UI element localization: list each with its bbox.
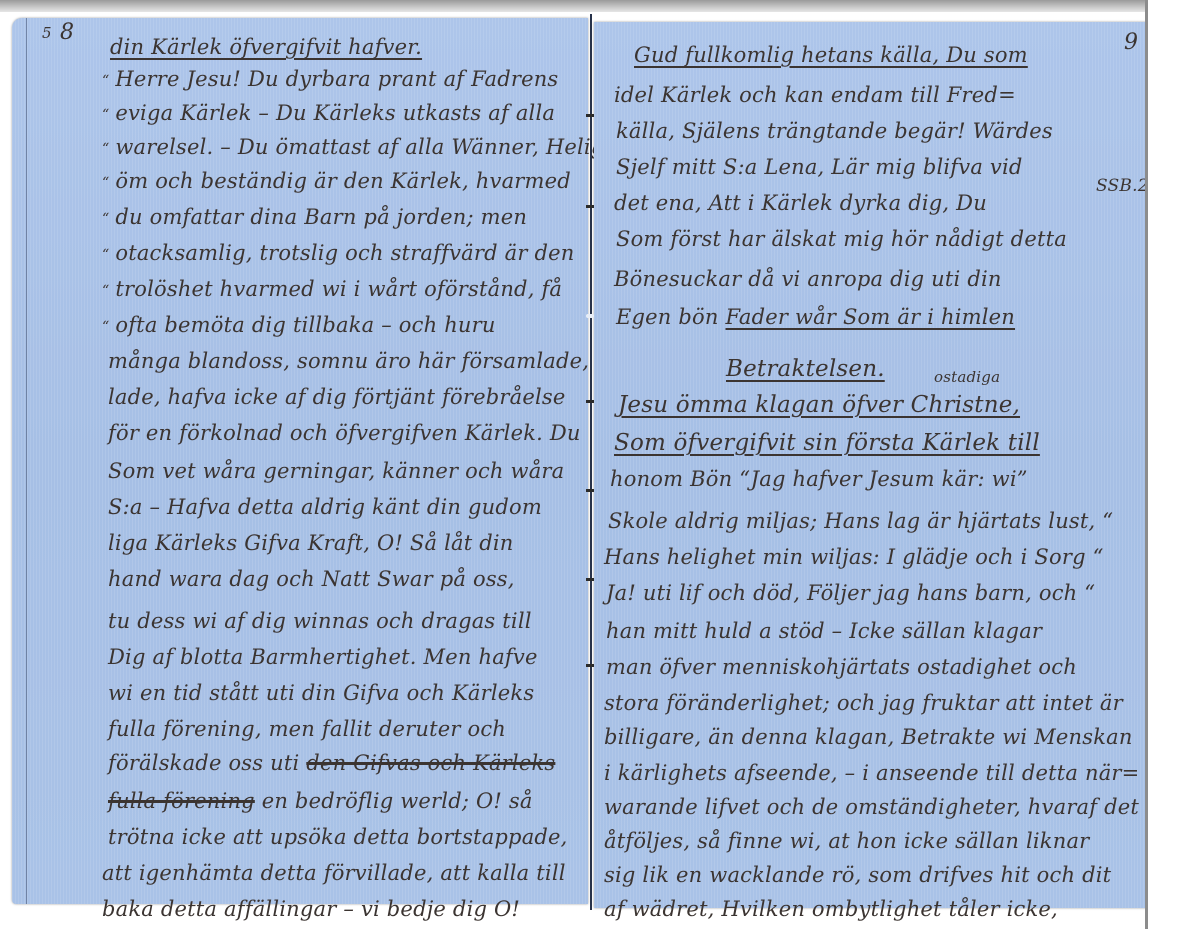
manuscript-line: Egen bön Fader wår Som är i himlen bbox=[616, 304, 1015, 330]
binding-stitch bbox=[586, 664, 594, 667]
manuscript-line: hand wara dag och Natt Swar på oss, bbox=[108, 566, 515, 592]
binding-stitch bbox=[586, 205, 594, 208]
struck-text: den Gifvas och Kärleks bbox=[306, 751, 555, 775]
manuscript-line: källa, Själens trängtande begär! Wärdes bbox=[616, 118, 1053, 144]
manuscript-line: tu dess wi af dig winnas och dragas till bbox=[108, 608, 532, 634]
manuscript-line: Som öfvergifvit sin första Kärlek till bbox=[614, 430, 1040, 456]
struck-text: fulla förening bbox=[108, 789, 255, 813]
manuscript-line: billigare, än denna klagan, Betrakte wi … bbox=[604, 724, 1133, 750]
manuscript-line: det ena, Att i Kärlek dyrka dig, Du bbox=[614, 190, 987, 216]
manuscript-line: åtföljes, så finne wi, at hon icke sälla… bbox=[604, 828, 1089, 854]
manuscript-line: liga Kärleks Gifva Kraft, O! Så låt din bbox=[108, 530, 514, 556]
pencil-mark: 5 bbox=[42, 24, 52, 42]
book-spine bbox=[590, 14, 592, 910]
manuscript-line: Sjelf mitt S:a Lena, Lär mig blifva vid bbox=[616, 154, 1023, 180]
manuscript-line: idel Kärlek och kan endam till Fred= bbox=[614, 82, 1016, 108]
page-number-left: 8 bbox=[60, 20, 74, 45]
page-number-right: 9 bbox=[1124, 30, 1138, 55]
manuscript-line: stora föränderlighet; och jag fruktar at… bbox=[604, 690, 1123, 716]
manuscript-line: förälskade oss uti den Gifvas och Kärlek… bbox=[108, 750, 555, 776]
manuscript-line: “trolöshet hvarmed wi i wårt oförstånd, … bbox=[102, 276, 562, 304]
manuscript-line: många blandoss, somnu äro här församlade… bbox=[108, 348, 589, 374]
manuscript-line: “öm och beständig är den Kärlek, hvarmed bbox=[102, 168, 571, 196]
left-margin-rule bbox=[26, 18, 27, 904]
manuscript-line: “otacksamlig, trotslig och straffvärd är… bbox=[102, 240, 574, 268]
manuscript-line: Hans helighet min wiljas: I glädje och i… bbox=[604, 544, 1104, 570]
manuscript-line: “eviga Kärlek – Du Kärleks utkasts af al… bbox=[102, 100, 555, 128]
left-page: 5 8 din Kärlek öfvergifvit hafver. “Herr… bbox=[12, 18, 588, 904]
manuscript-line: Bönesuckar då vi anropa dig uti din bbox=[614, 266, 1002, 292]
scanner-right-edge bbox=[1145, 0, 1200, 929]
manuscript-line: S:a – Hafva detta aldrig känt din gudom bbox=[108, 494, 542, 520]
manuscript-line: Jesu ömma klagan öfver Christne, bbox=[618, 392, 1020, 418]
manuscript-line: “warelsel. – Du ömattast af alla Wänner,… bbox=[102, 134, 604, 162]
manuscript-line: wi en tid stått uti din Gifva och Kärlek… bbox=[108, 680, 534, 706]
manuscript-line: i kärlighets afseende, – i anseende till… bbox=[604, 760, 1139, 786]
manuscript-line: Som först har älskat mig hör nådigt dett… bbox=[616, 226, 1067, 252]
manuscript-line: han mitt huld a stöd – Icke sällan klaga… bbox=[606, 618, 1042, 644]
manuscript-line: lade, hafva icke af dig förtjänt förebrå… bbox=[108, 384, 565, 410]
manuscript-line: man öfver menniskohjärtats ostadighet oc… bbox=[606, 654, 1077, 680]
binding-stitch bbox=[586, 314, 594, 318]
binding-stitch bbox=[586, 114, 594, 117]
manuscript-line: Dig af blotta Barmhertighet. Men hafve bbox=[108, 644, 538, 670]
manuscript-line: “ofta bemöta dig tillbaka – och huru bbox=[102, 312, 496, 340]
manuscript-line: att igenhämta detta förvillade, att kall… bbox=[102, 860, 566, 886]
manuscript-line: Skole aldrig miljas; Hans lag är hjärtat… bbox=[608, 508, 1113, 534]
manuscript-line: warande lifvet och de omständigheter, hv… bbox=[604, 794, 1139, 820]
manuscript-line: “du omfattar dina Barn på jorden; men bbox=[102, 204, 527, 232]
manuscript-line: fulla förening, men fallit deruter och bbox=[108, 716, 506, 742]
binding-stitch bbox=[586, 578, 594, 581]
manuscript-line: din Kärlek öfvergifvit hafver. bbox=[110, 34, 422, 60]
binding-stitch bbox=[586, 489, 594, 492]
interlinear-insertion: ostadiga bbox=[934, 364, 1000, 390]
manuscript-line: baka detta affällingar – vi bedje dig O! bbox=[102, 896, 520, 922]
manuscript-line: “Herre Jesu! Du dyrbara prant af Fadrens bbox=[102, 66, 558, 94]
manuscript-line: Ja! uti lif och död, Följer jag hans bar… bbox=[606, 580, 1095, 606]
manuscript-line: trötna icke att upsöka detta bortstappad… bbox=[108, 824, 568, 850]
section-heading: Betraktelsen. bbox=[726, 356, 885, 382]
manuscript-line: honom Bön “Jag hafver Jesum kär: wi” bbox=[610, 466, 1028, 492]
manuscript-line: sig lik en wacklande rö, som drifves hit… bbox=[604, 862, 1111, 888]
right-page: 9 SSB.219. Gud fullkomlig hetans källa, … bbox=[594, 22, 1172, 908]
manuscript-line: fulla förening en bedröflig werld; O! så bbox=[108, 788, 533, 814]
manuscript-line: Gud fullkomlig hetans källa, Du som bbox=[634, 42, 1028, 68]
manuscript-line: af wädret, Hvilken ombytlighet tåler ick… bbox=[604, 896, 1058, 922]
binding-stitch bbox=[586, 400, 594, 403]
manuscript-line: för en förkolnad och öfvergifven Kärlek.… bbox=[108, 420, 581, 446]
manuscript-line: Som vet wåra gerningar, känner och wåra bbox=[108, 458, 564, 484]
scanner-top-edge bbox=[0, 0, 1200, 12]
